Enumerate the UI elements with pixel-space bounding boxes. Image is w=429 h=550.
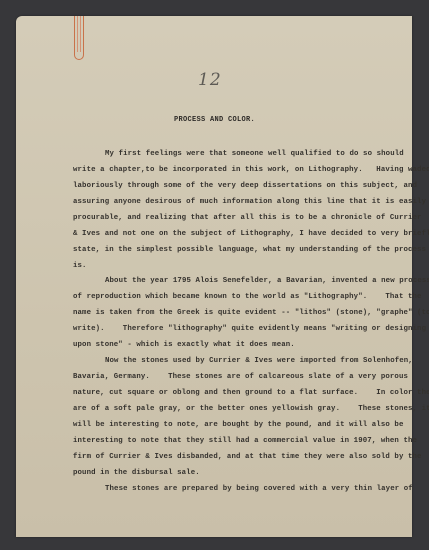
paperclip-inner [77, 16, 81, 52]
text-line: pound in the disbursal sale. [73, 469, 200, 478]
document-title: PROCESS AND COLOR. [0, 116, 429, 124]
text-line: is. [73, 262, 87, 271]
text-line: are of a soft pale gray, or the better o… [73, 405, 429, 414]
text-line: nature, cut square or oblong and then gr… [73, 389, 429, 398]
text-line: will be interesting to note, are bought … [73, 421, 403, 430]
text-line: Bavaria, Germany. These stones are of ca… [73, 373, 408, 382]
text-line: firm of Currier & Ives disbanded, and at… [73, 453, 422, 462]
text-line: interesting to note that they still had … [73, 437, 417, 446]
text-line: of reproduction which became known to th… [73, 293, 422, 302]
text-line: write a chapter,to be incorporated in th… [73, 166, 429, 175]
text-line: write). Therefore "lithography" quite ev… [73, 325, 426, 334]
text-line: My first feelings were that someone well… [105, 150, 404, 159]
text-line: upon stone" - which is exactly what it d… [73, 341, 295, 350]
text-line: state, in the simplest possible language… [73, 246, 426, 255]
text-line: These stones are prepared by being cover… [105, 485, 413, 494]
text-line: Now the stones used by Currier & Ives we… [105, 357, 413, 366]
text-line: procurable, and realizing that after all… [73, 214, 422, 223]
handwritten-page-number: 12 [198, 70, 222, 90]
text-line: & Ives and not one on the subject of Lit… [73, 230, 429, 239]
text-line: assuring anyone desirous of much informa… [73, 198, 426, 207]
text-line: laboriously through some of the very dee… [73, 182, 417, 191]
text-line: name is taken from the Greek is quite ev… [73, 309, 429, 318]
text-line: About the year 1795 Alois Senefelder, a … [105, 277, 429, 286]
